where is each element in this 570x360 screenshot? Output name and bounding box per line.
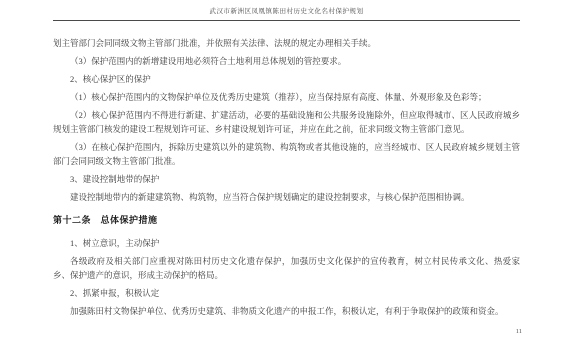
document-page: 武汉市新洲区凤凰镇陈田村历史文化名村保护规划 划主管部门会同同级文物主管部门批准… [0, 0, 570, 360]
page-content: 武汉市新洲区凤凰镇陈田村历史文化名村保护规划 划主管部门会同同级文物主管部门批准… [53, 8, 520, 322]
body-paragraph: （2）核心保护范围内不得进行新建、扩建活动，必要的基础设施和公共服务设施除外，但… [53, 108, 520, 136]
body-paragraph: （1）核心保护范围内的文物保护单位及优秀历史建筑（推荐），应当保持原有高度、体量… [53, 90, 520, 104]
body-paragraph: （3）在核心保护范围内，拆除历史建筑以外的建筑物、构筑物或者其他设施的，应当经城… [53, 140, 520, 168]
running-header-title: 武汉市新洲区凤凰镇陈田村历史文化名村保护规划 [53, 8, 520, 16]
header-rule-divider [53, 20, 520, 21]
body-paragraph: 各级政府及相关部门应重视对陈田村历史文化遗存保护，加强历史文化保护的宣传教育，树… [53, 254, 520, 282]
page-number: 11 [516, 328, 522, 335]
section-heading: 第十二条 总体保护措施 [53, 213, 520, 227]
body-paragraph: 加强陈田村文物保护单位、优秀历史建筑、非物质文化遗产的申报工作，积极认定，有利于… [53, 304, 520, 318]
list-item-heading: 2、核心保护区的保护 [53, 72, 520, 86]
body-paragraph: （3）保护范围内的新增建设用地必须符合土地利用总体规划的管控要求。 [53, 54, 520, 68]
list-item-heading: 2、抓紧申报，积极认定 [53, 286, 520, 300]
body-paragraph: 划主管部门会同同级文物主管部门批准，并依照有关法律、法规的规定办理相关手续。 [53, 36, 520, 50]
body-paragraph: 建设控制地带内的新建建筑物、构筑物，应当符合保护规划确定的建设控制要求，与核心保… [53, 190, 520, 204]
document-body: 划主管部门会同同级文物主管部门批准，并依照有关法律、法规的规定办理相关手续。 （… [53, 36, 520, 318]
list-item-heading: 3、建设控制地带的保护 [53, 172, 520, 186]
list-item-heading: 1、树立意识，主动保护 [53, 236, 520, 250]
